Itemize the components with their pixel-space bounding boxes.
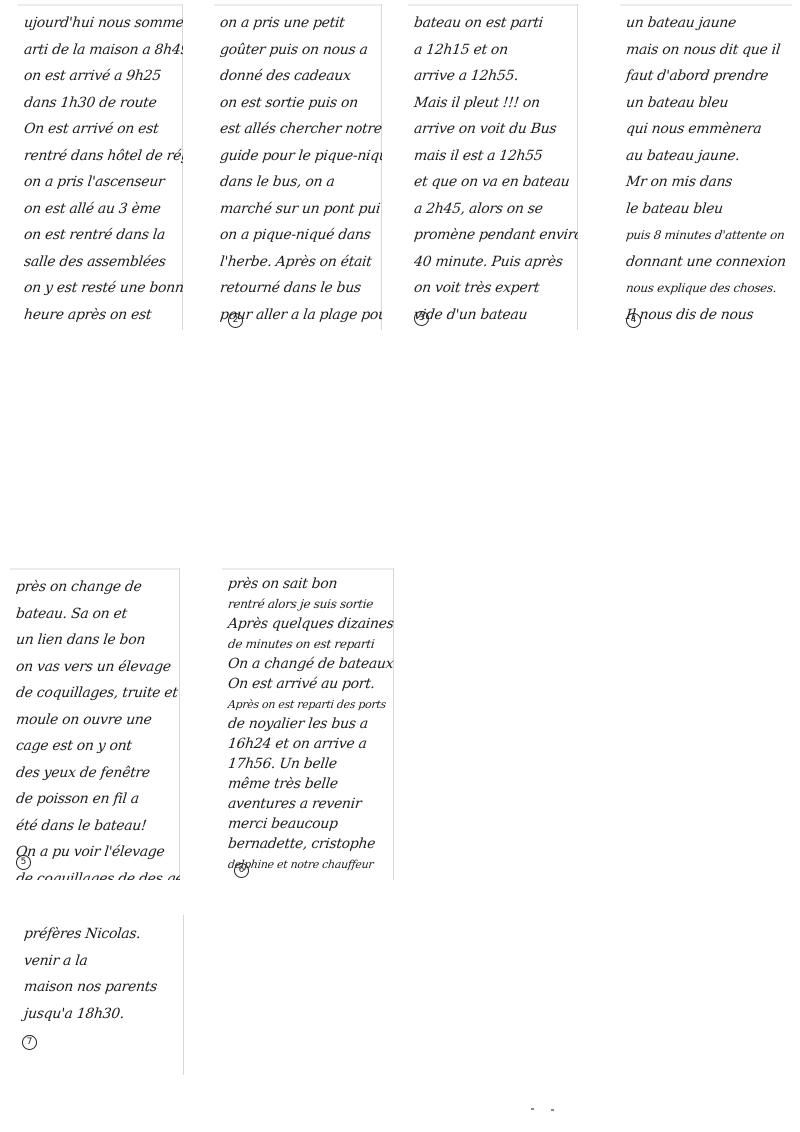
handwritten-line: On a changé de bateaux [227, 654, 391, 674]
handwritten-line: arrive a 12h55. [413, 63, 576, 90]
page-number-marker: 6 [234, 863, 249, 878]
scan-artifact [531, 1108, 534, 1110]
handwritten-line: tenir vers l'avant car [625, 328, 790, 330]
handwritten-line: a 2h45, alors on se [413, 196, 576, 223]
handwritten-line: près on sait bon [227, 574, 391, 594]
handwritten-line: On est arrivé au port. [227, 674, 391, 694]
handwritten-line: jusqu'a 18h30. [23, 1001, 182, 1028]
page-edge [408, 4, 578, 6]
handwritten-line: donné des cadeaux [219, 63, 380, 90]
handwritten-line: près on change de [15, 574, 178, 601]
page-edge [381, 4, 382, 330]
handwritten-line: rentré alors je suis sortie [227, 594, 391, 614]
scan-artifact [551, 1109, 554, 1111]
handwritten-line: préfères Nicolas. [23, 921, 182, 948]
handwritten-line: aventures a revenir [227, 794, 391, 814]
handwritten-line: pour aller a la plage pour le [219, 302, 380, 329]
note-page-5: près on change de bateau. Sa on et un li… [10, 568, 180, 880]
handwritten-line: heure après on est [23, 302, 181, 329]
note-page-4: un bateau jaune mais on nous dit que il … [620, 4, 792, 330]
handwritten-line: de poisson en fil a [15, 786, 178, 813]
handwritten-line: arti de la maison a 8h49 [23, 37, 181, 64]
handwritten-line: on est allé au 3 ème [23, 196, 181, 223]
handwritten-line: Après quelques dizaines [227, 614, 391, 634]
page-edge [577, 4, 578, 330]
handwritten-line: est allés chercher notre [219, 116, 380, 143]
page-edge [183, 915, 184, 1075]
note-page-7: préfères Nicolas. venir a la maison nos … [18, 915, 184, 1075]
handwritten-line: de minutes on est reparti [227, 634, 391, 654]
handwritten-line: au bateau jaune. [625, 143, 790, 170]
handwritten-line: 16h24 et on arrive a [227, 734, 391, 754]
handwritten-line: bateau on est parti [413, 10, 576, 37]
handwritten-line: 17h56. Un belle [227, 754, 391, 774]
handwritten-line: a 12h15 et on [413, 37, 576, 64]
handwritten-line: on a pris une petit [219, 10, 380, 37]
handwritten-line: Après on est reparti des ports [227, 694, 391, 714]
handwritten-line: salle des assemblées [23, 249, 181, 276]
handwritten-line: On est arrivé on est [23, 116, 181, 143]
handwritten-line: dans le bus, on a [219, 169, 380, 196]
handwritten-line: un lien dans le bon [15, 627, 178, 654]
page-number-marker: 3 [414, 311, 429, 326]
handwritten-line: dans 1h30 de route [23, 90, 181, 117]
handwritten-line: guide pour le pique-nique [219, 143, 380, 170]
handwritten-line: venir a la [23, 948, 182, 975]
handwritten-line: l'herbe. Après on était [219, 249, 380, 276]
handwritten-line: de coquillages de des gens [15, 866, 178, 881]
handwritten-line: faut d'abord prendre [625, 63, 790, 90]
handwritten-line: de noyalier les bus a [227, 714, 391, 734]
handwritten-line: maison nos parents [23, 974, 182, 1001]
page-edge [214, 4, 382, 6]
handwritten-line: marché sur un pont pui [219, 196, 380, 223]
handwritten-line: retourné dans le bus [219, 275, 380, 302]
page-number-marker: 5 [16, 855, 31, 870]
page-edge [18, 4, 183, 6]
handwritten-line: même très belle [227, 774, 391, 794]
handwritten-line: un bateau jaune [625, 10, 790, 37]
handwritten-line: bateau. Sa on et [15, 601, 178, 628]
handwritten-line: on y est resté une bonne [23, 275, 181, 302]
page-edge [179, 568, 180, 880]
handwritten-line: rentré dans hôtel de régia [23, 143, 181, 170]
page-number-marker: 7 [22, 1035, 37, 1050]
handwritten-line: vide d'un bateau [413, 302, 576, 329]
handwritten-line: cage est on y ont [15, 733, 178, 760]
handwritten-line: mais il est a 12h55 [413, 143, 576, 170]
handwritten-line: goûter puis on nous a [219, 37, 380, 64]
handwritten-line: et que on va en bateau [413, 169, 576, 196]
page-edge [10, 568, 180, 570]
page-edge [222, 568, 394, 570]
handwritten-line: on vas vers un élevage [15, 654, 178, 681]
handwritten-line: se nous a sert 45 minute [413, 328, 575, 330]
handwritten-line: on est arrivé a 9h25 [23, 63, 181, 90]
note-page-3: bateau on est parti a 12h15 et on arrive… [408, 4, 578, 330]
page-number-marker: 2 [228, 313, 243, 328]
handwritten-line: le bateau bleu [625, 196, 790, 223]
note-page-6: près on sait bon rentré alors je suis so… [222, 568, 394, 880]
handwritten-line: On a pu voir l'élevage [15, 839, 178, 866]
page-number-marker: 4 [626, 313, 641, 328]
page-edge [620, 4, 792, 6]
handwritten-line: arrive on voit du Bus [413, 116, 576, 143]
note-page-2: on a pris une petit goûter puis on nous … [214, 4, 382, 330]
handwritten-line: promène pendant environ [413, 222, 576, 249]
handwritten-line: moule on ouvre une [15, 707, 178, 734]
handwritten-line: on a pique-niqué dans [219, 222, 380, 249]
handwritten-line: Mr on mis dans [625, 169, 790, 196]
handwritten-line: 40 minute. Puis après [413, 249, 576, 276]
note-page-1: ujourd'hui nous somme arti de la maison … [18, 4, 183, 330]
handwritten-line: on a pris l'ascenseur [23, 169, 181, 196]
page-edge [393, 568, 394, 880]
handwritten-line: mais on nous dit que il [625, 37, 790, 64]
handwritten-line: delphine et notre chauffeur [227, 854, 391, 874]
handwritten-line: Il nous dis de nous [625, 302, 790, 329]
handwritten-line: puis 8 minutes d'attente on [625, 222, 790, 249]
handwritten-line: un bateau bleu [625, 90, 790, 117]
handwritten-line: on est rentré dans la [23, 222, 181, 249]
handwritten-line: nous explique des choses. [625, 275, 790, 302]
handwritten-line: donnant une connexion [625, 249, 790, 276]
handwritten-line: ujourd'hui nous somme [23, 10, 181, 37]
handwritten-line: merci beaucoup [227, 814, 391, 834]
handwritten-line: bernadette, cristophe [227, 834, 391, 854]
handwritten-line: été dans le bateau! [15, 813, 178, 840]
handwritten-line: qui nous emmènera [625, 116, 790, 143]
handwritten-line: de coquillages, truite et [15, 680, 178, 707]
handwritten-line: des yeux de fenêtre [15, 760, 178, 787]
handwritten-line: Mais il pleut !!! on [413, 90, 576, 117]
handwritten-line: on est sortie puis on [219, 90, 380, 117]
handwritten-line: on voit très expert [413, 275, 576, 302]
handwritten-line: allés dans la salle de [23, 328, 181, 330]
